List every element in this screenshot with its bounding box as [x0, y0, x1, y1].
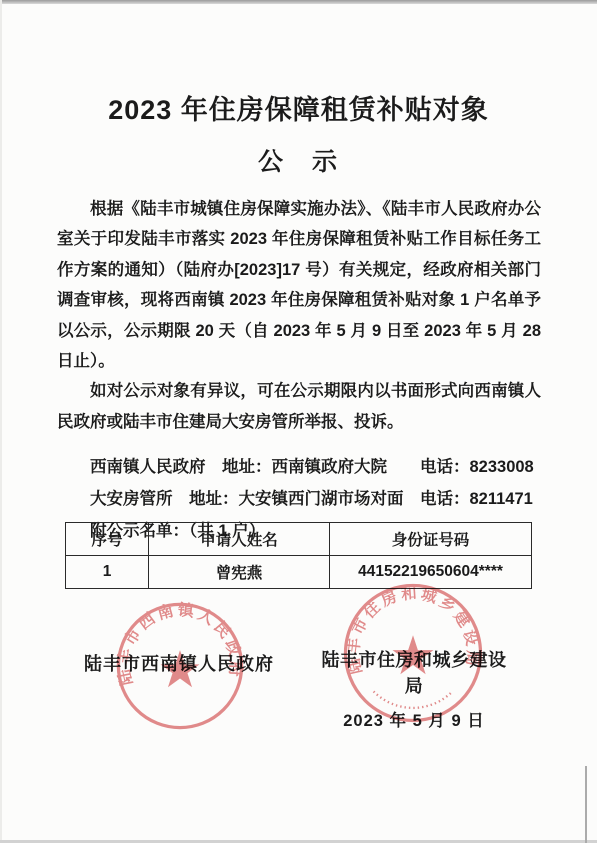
cell-serial-number: 1 — [66, 556, 149, 589]
cell-applicant-name: 曾宪燕 — [149, 556, 330, 589]
contact-line-housing-office: 大安房管所 地址：大安镇西门湖市场对面 电话：8211471 — [57, 483, 541, 515]
star-icon — [160, 650, 199, 687]
scan-artifact-top-edge — [0, 0, 597, 4]
header-applicant-name: 申请人姓名 — [149, 523, 330, 556]
star-icon — [392, 635, 433, 674]
table-header-row: 序号 申请人姓名 身份证号码 — [66, 523, 532, 556]
scan-artifact-right-line — [585, 766, 587, 843]
header-id-number: 身份证号码 — [330, 523, 532, 556]
header-serial-number: 序号 — [66, 523, 149, 556]
paragraph-basis: 根据《陆丰市城镇住房保障实施办法》、《陆丰市人民政府办公室关于印发陆丰市落实 2… — [57, 194, 541, 376]
document-body: 根据《陆丰市城镇住房保障实施办法》、《陆丰市人民政府办公室关于印发陆丰市落实 2… — [57, 194, 541, 547]
paragraph-objection: 如对公示对象有异议，可在公示期限内以书面形式向西南镇人民政府或陆丰市住建局大安房… — [57, 376, 541, 437]
official-seal-right: 陆丰市住房和城乡建设局 — [338, 578, 488, 728]
document-title-line2: 公 示 — [0, 142, 597, 178]
scanned-notice-page: 2023 年住房保障租赁补贴对象 公 示 根据《陆丰市城镇住房保障实施办法》、《… — [0, 0, 597, 843]
contact-line-town-gov: 西南镇人民政府 地址：西南镇政府大院 电话：8233008 — [57, 451, 541, 483]
document-title-line1: 2023 年住房保障租赁补贴对象 — [0, 88, 597, 127]
seal-serial-number — [374, 691, 453, 707]
official-seal-left: 陆丰市西南镇人民政府 — [110, 596, 250, 736]
